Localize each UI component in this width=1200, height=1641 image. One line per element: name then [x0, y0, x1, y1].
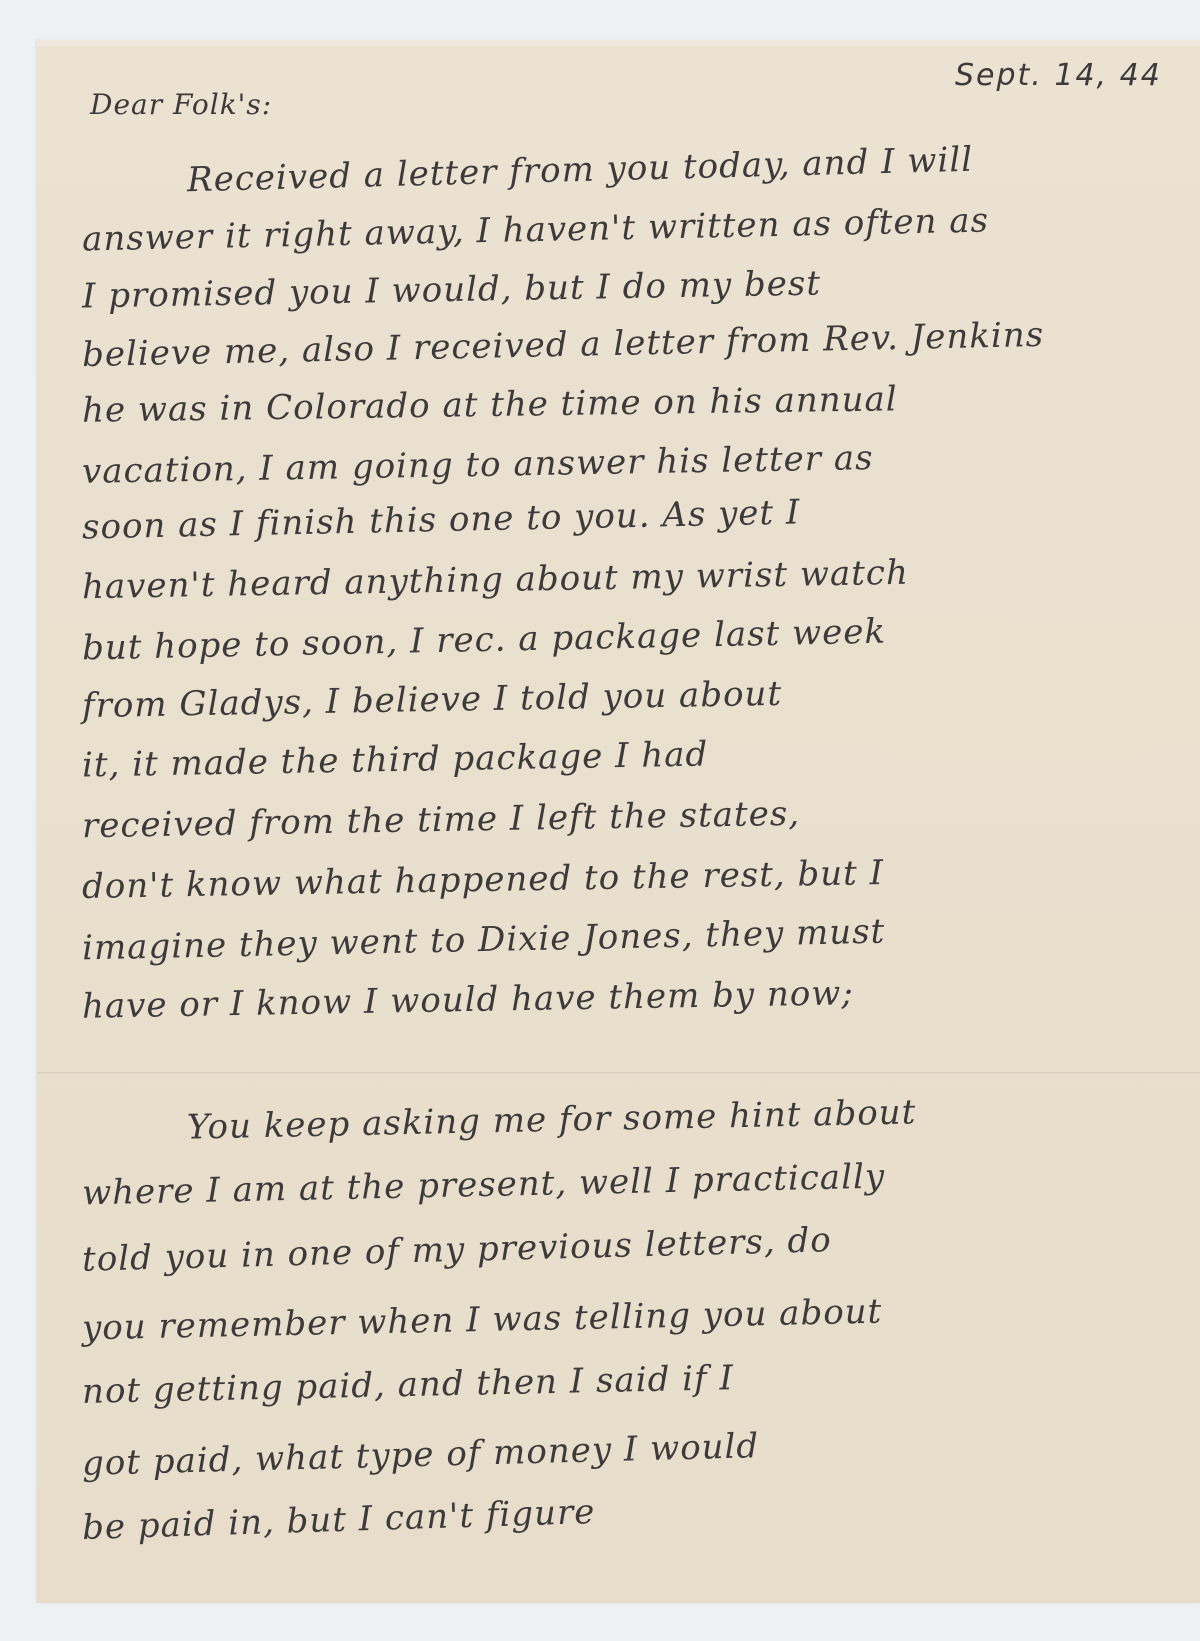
letter-line: vacation, I am going to answer his lette… — [82, 438, 874, 492]
letter-date: Sept. 14, 44 — [955, 58, 1162, 93]
letter-line: but hope to soon, I rec. a package last … — [82, 612, 887, 669]
letter-line: I promised you I would, but I do my best — [82, 264, 822, 317]
letter-line: be paid in, but I can't figure — [81, 1492, 595, 1548]
letter-line: You keep asking me for some hint about — [187, 1092, 917, 1147]
letter-line: told you in one of my previous letters, … — [82, 1220, 833, 1280]
letter-line: got paid, what type of money I would — [82, 1426, 760, 1484]
letter-line: where I am at the present, well I practi… — [82, 1157, 886, 1214]
letter-line: believe me, also I received a letter fro… — [82, 315, 1045, 375]
letter-line: soon as I finish this one to you. As yet… — [82, 492, 801, 547]
letter-line: imagine they went to Dixie Jones, they m… — [82, 912, 886, 969]
scanned-page: Sept. 14, 44 Dear Folk's: Received a let… — [0, 0, 1200, 1641]
letter-line: Received a letter from you today, and I … — [187, 140, 974, 201]
letter-line: answer it right away, I haven't written … — [82, 201, 990, 260]
letter-line: you remember when I was telling you abou… — [82, 1292, 883, 1349]
letter-line: it, it made the third package I had — [82, 735, 709, 786]
letter-line: have or I know I would have them by now; — [82, 973, 854, 1026]
letter-line: he was in Colorado at the time on his an… — [82, 379, 898, 430]
letter-line: received from the time I left the states… — [82, 794, 801, 847]
letter-line: haven't heard anything about my wrist wa… — [82, 553, 909, 607]
letter-line: not getting paid, and then I said if I — [82, 1358, 735, 1412]
letter-line: don't know what happened to the rest, bu… — [82, 853, 885, 907]
letter-paper: Sept. 14, 44 Dear Folk's: Received a let… — [37, 40, 1200, 1603]
letter-salutation: Dear Folk's: — [90, 88, 272, 121]
letter-line: from Gladys, I believe I told you about — [82, 674, 783, 726]
fold-crease — [37, 1072, 1200, 1075]
